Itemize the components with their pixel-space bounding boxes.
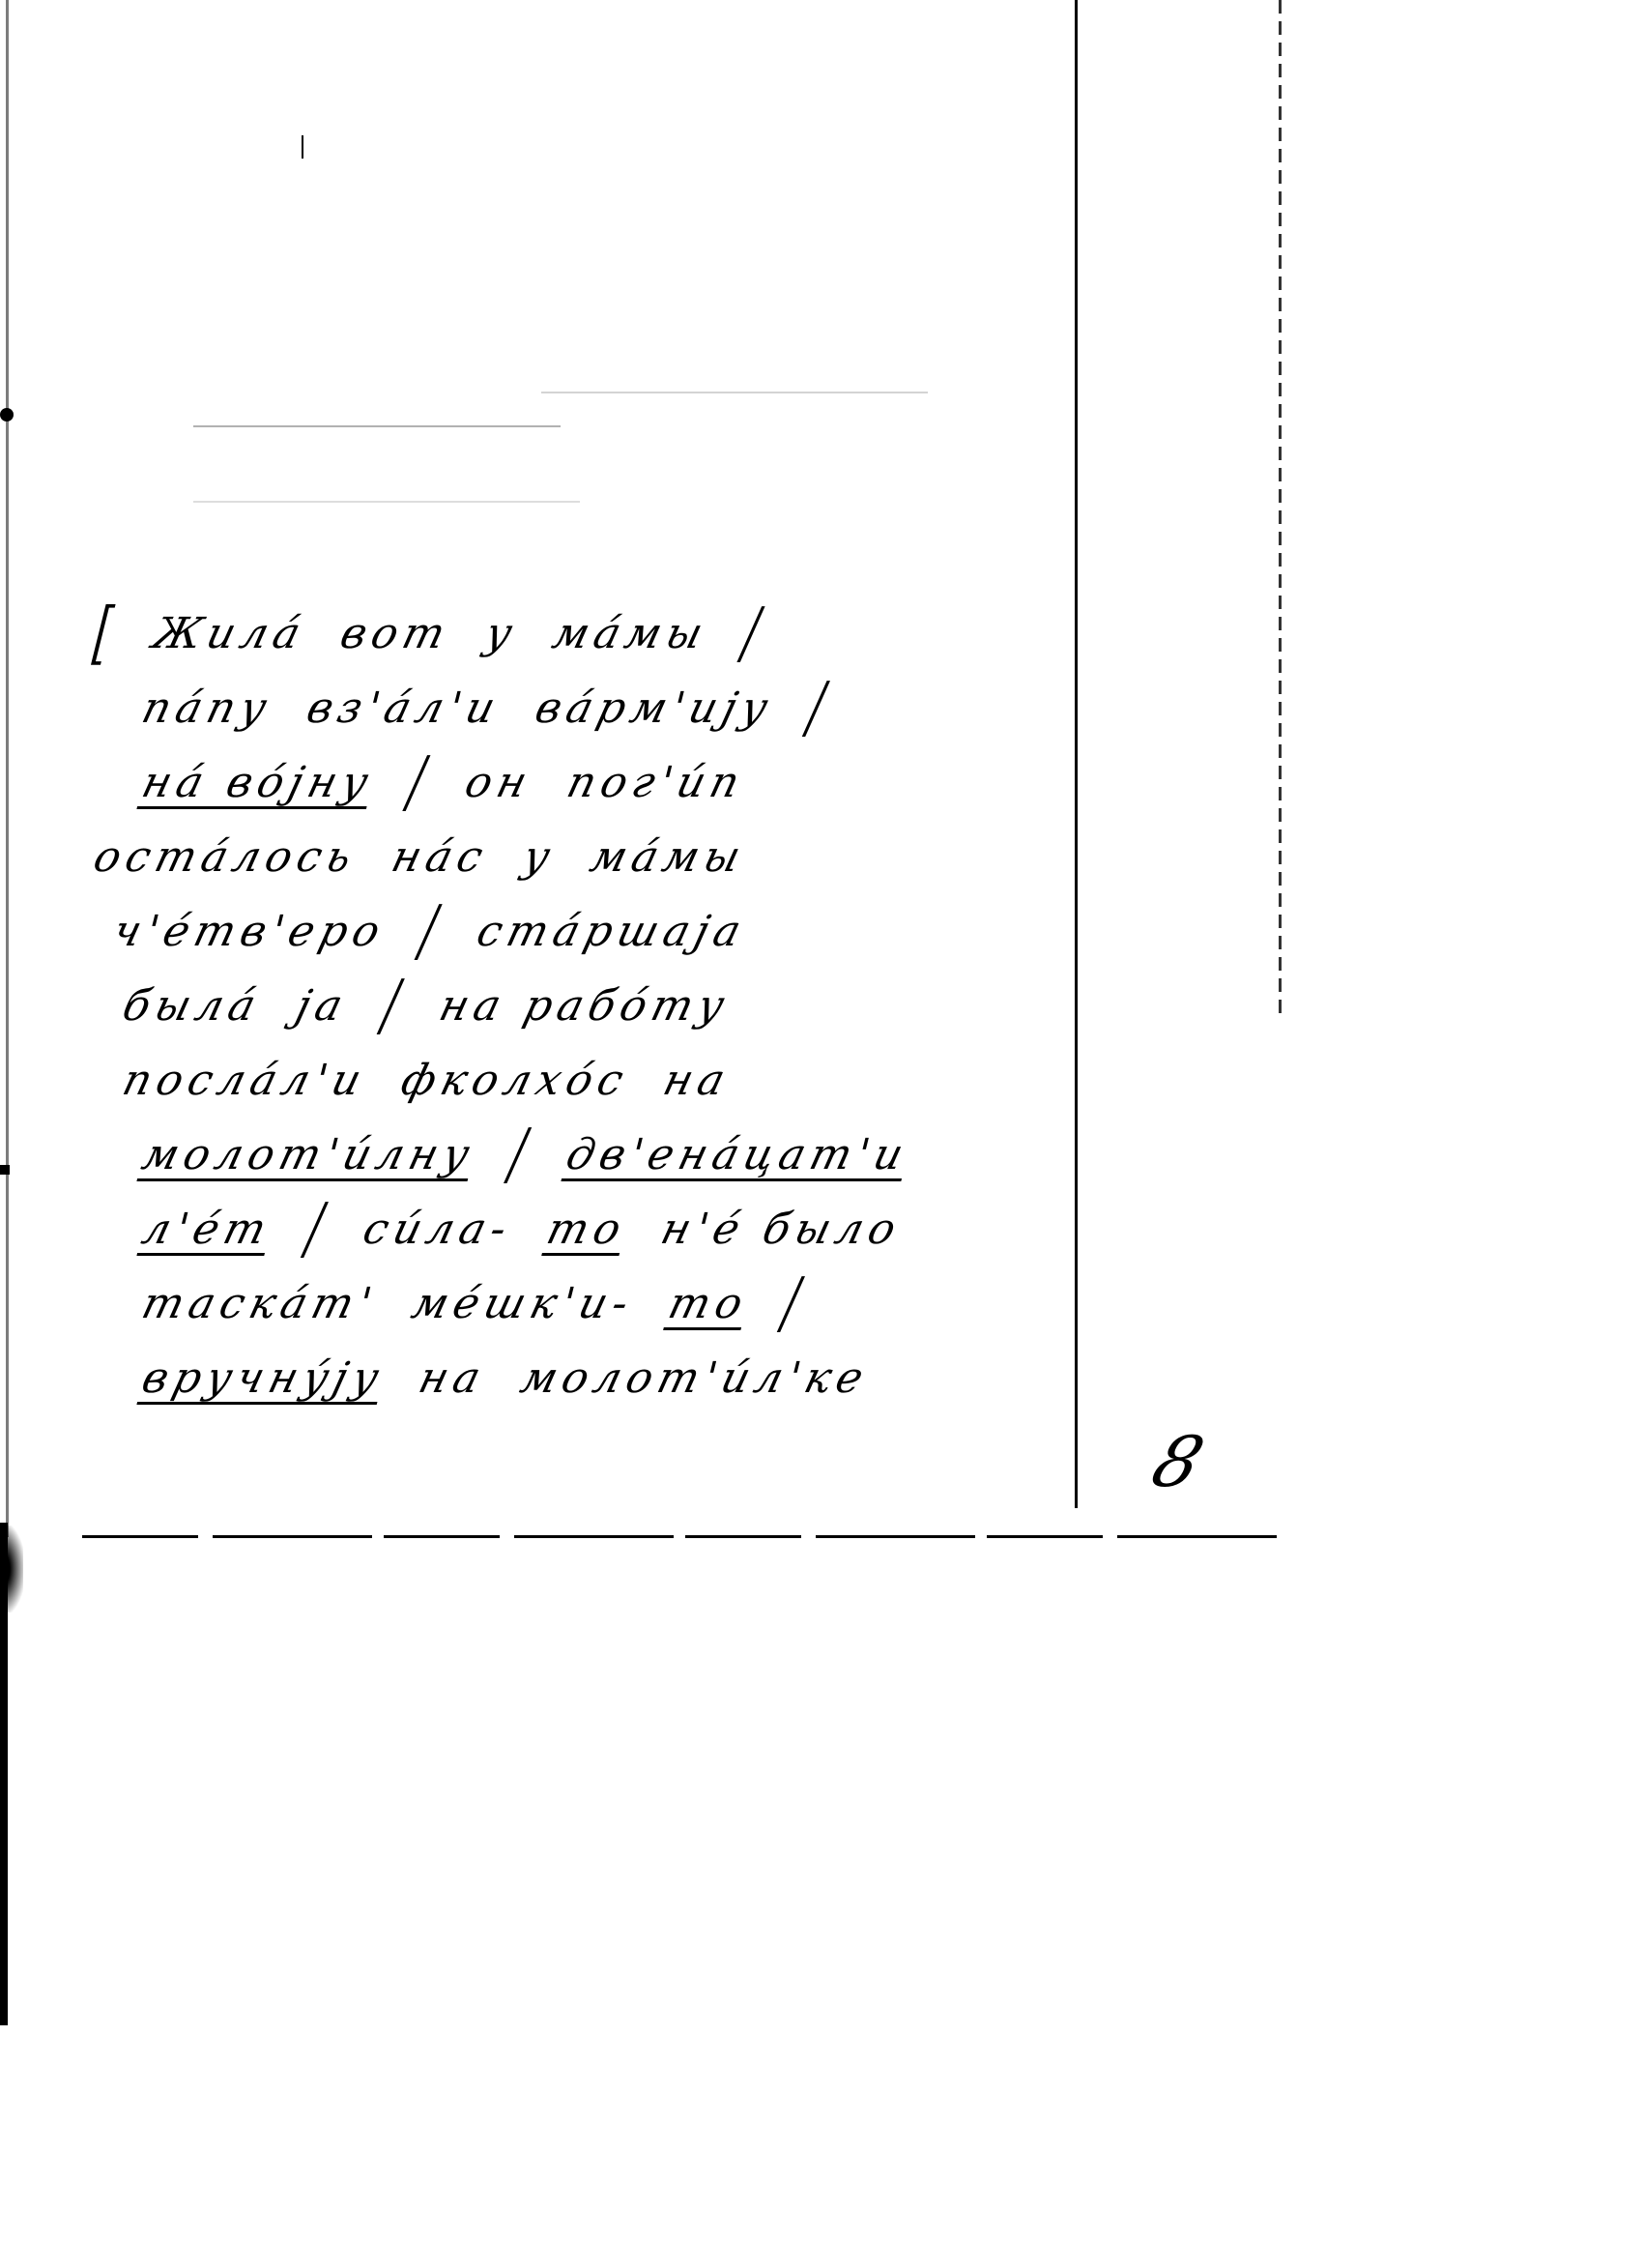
word: на (414, 1353, 491, 1403)
underlined-word: то (664, 1279, 754, 1328)
underlined-word: то (542, 1205, 632, 1254)
word: пог'и́п (562, 758, 751, 807)
word: он (460, 758, 537, 807)
text-line: па́пувз'а́л'ива́рм'иjу/ (82, 683, 1077, 758)
word: оста́лось (89, 832, 362, 882)
word: па́пу (137, 683, 277, 733)
word: Жила́ (148, 609, 311, 658)
scan-smudge (0, 1526, 23, 1613)
faded-bleedthrough (541, 392, 928, 393)
word: jа (291, 981, 354, 1031)
underlined-word: вручну́jу (137, 1353, 389, 1403)
text-line: таска́т'ме́шк'и-то/ (82, 1279, 1077, 1353)
text-line: вручну́jунамолот'и́л'ке (82, 1353, 1077, 1428)
text-line: на́ во́jну/онпог'и́п (82, 758, 1077, 832)
underlined-word: л'е́т (137, 1205, 277, 1254)
word: ва́рм'иjу (531, 683, 779, 733)
word: вот (335, 609, 456, 658)
word: на (658, 1056, 735, 1105)
text-line: л'е́т/си́ла-тон'е́ было (82, 1205, 1077, 1279)
word: ма́мы (547, 609, 713, 658)
page-number: 8 (1142, 1421, 1213, 1502)
word: ста́ршаjа (472, 907, 751, 956)
page-right-edge (1279, 0, 1282, 1015)
word: ме́шк'и- (407, 1279, 639, 1328)
pause-separator: / (735, 595, 774, 674)
binding-mark (0, 1165, 10, 1175)
underlined-word: на́ во́jну (137, 758, 379, 807)
pencil-tick (302, 135, 303, 159)
text-line: оста́лосьна́сума́мы (82, 832, 1077, 907)
text-line: ч'е́тв'еро/ста́ршаjа (82, 907, 1077, 981)
faded-bleedthrough (193, 501, 580, 503)
word: таска́т' (137, 1279, 383, 1328)
word: была́ (118, 981, 267, 1031)
word: у (518, 832, 561, 882)
underlined-word: дв'ена́цат'и (562, 1130, 914, 1179)
word: на́с (387, 832, 494, 882)
bottom-rule (82, 1535, 1281, 1538)
word: посла́л'и (118, 1056, 372, 1105)
binding-hole-mark (0, 408, 14, 422)
word: у (480, 609, 523, 658)
text-line: была́jа/на рабо́ту (82, 981, 1077, 1056)
word: ч'е́тв'еро (108, 907, 390, 956)
word: н'е́ было (656, 1205, 907, 1254)
underlined-word: молот'и́лну (137, 1130, 480, 1179)
word: фколхо́с (396, 1056, 634, 1105)
word: вз'а́л'и (302, 683, 505, 733)
word: молот'и́л'ке (515, 1353, 874, 1403)
text-line: [Жила́вотума́мы/ (82, 609, 1077, 683)
word: си́ла- (359, 1205, 518, 1254)
opening-bracket: [ (85, 595, 128, 674)
text-line: молот'и́лну/дв'ена́цат'и (82, 1130, 1077, 1205)
word: на рабо́ту (435, 981, 735, 1031)
handwritten-text: [Жила́вотума́мы/па́пувз'а́л'ива́рм'иjу/н… (92, 609, 1068, 1428)
word: ма́мы (585, 832, 751, 882)
text-line: посла́л'ифколхо́сна (82, 1056, 1077, 1130)
page-left-edge (6, 0, 9, 1537)
faded-bleedthrough (193, 425, 561, 427)
